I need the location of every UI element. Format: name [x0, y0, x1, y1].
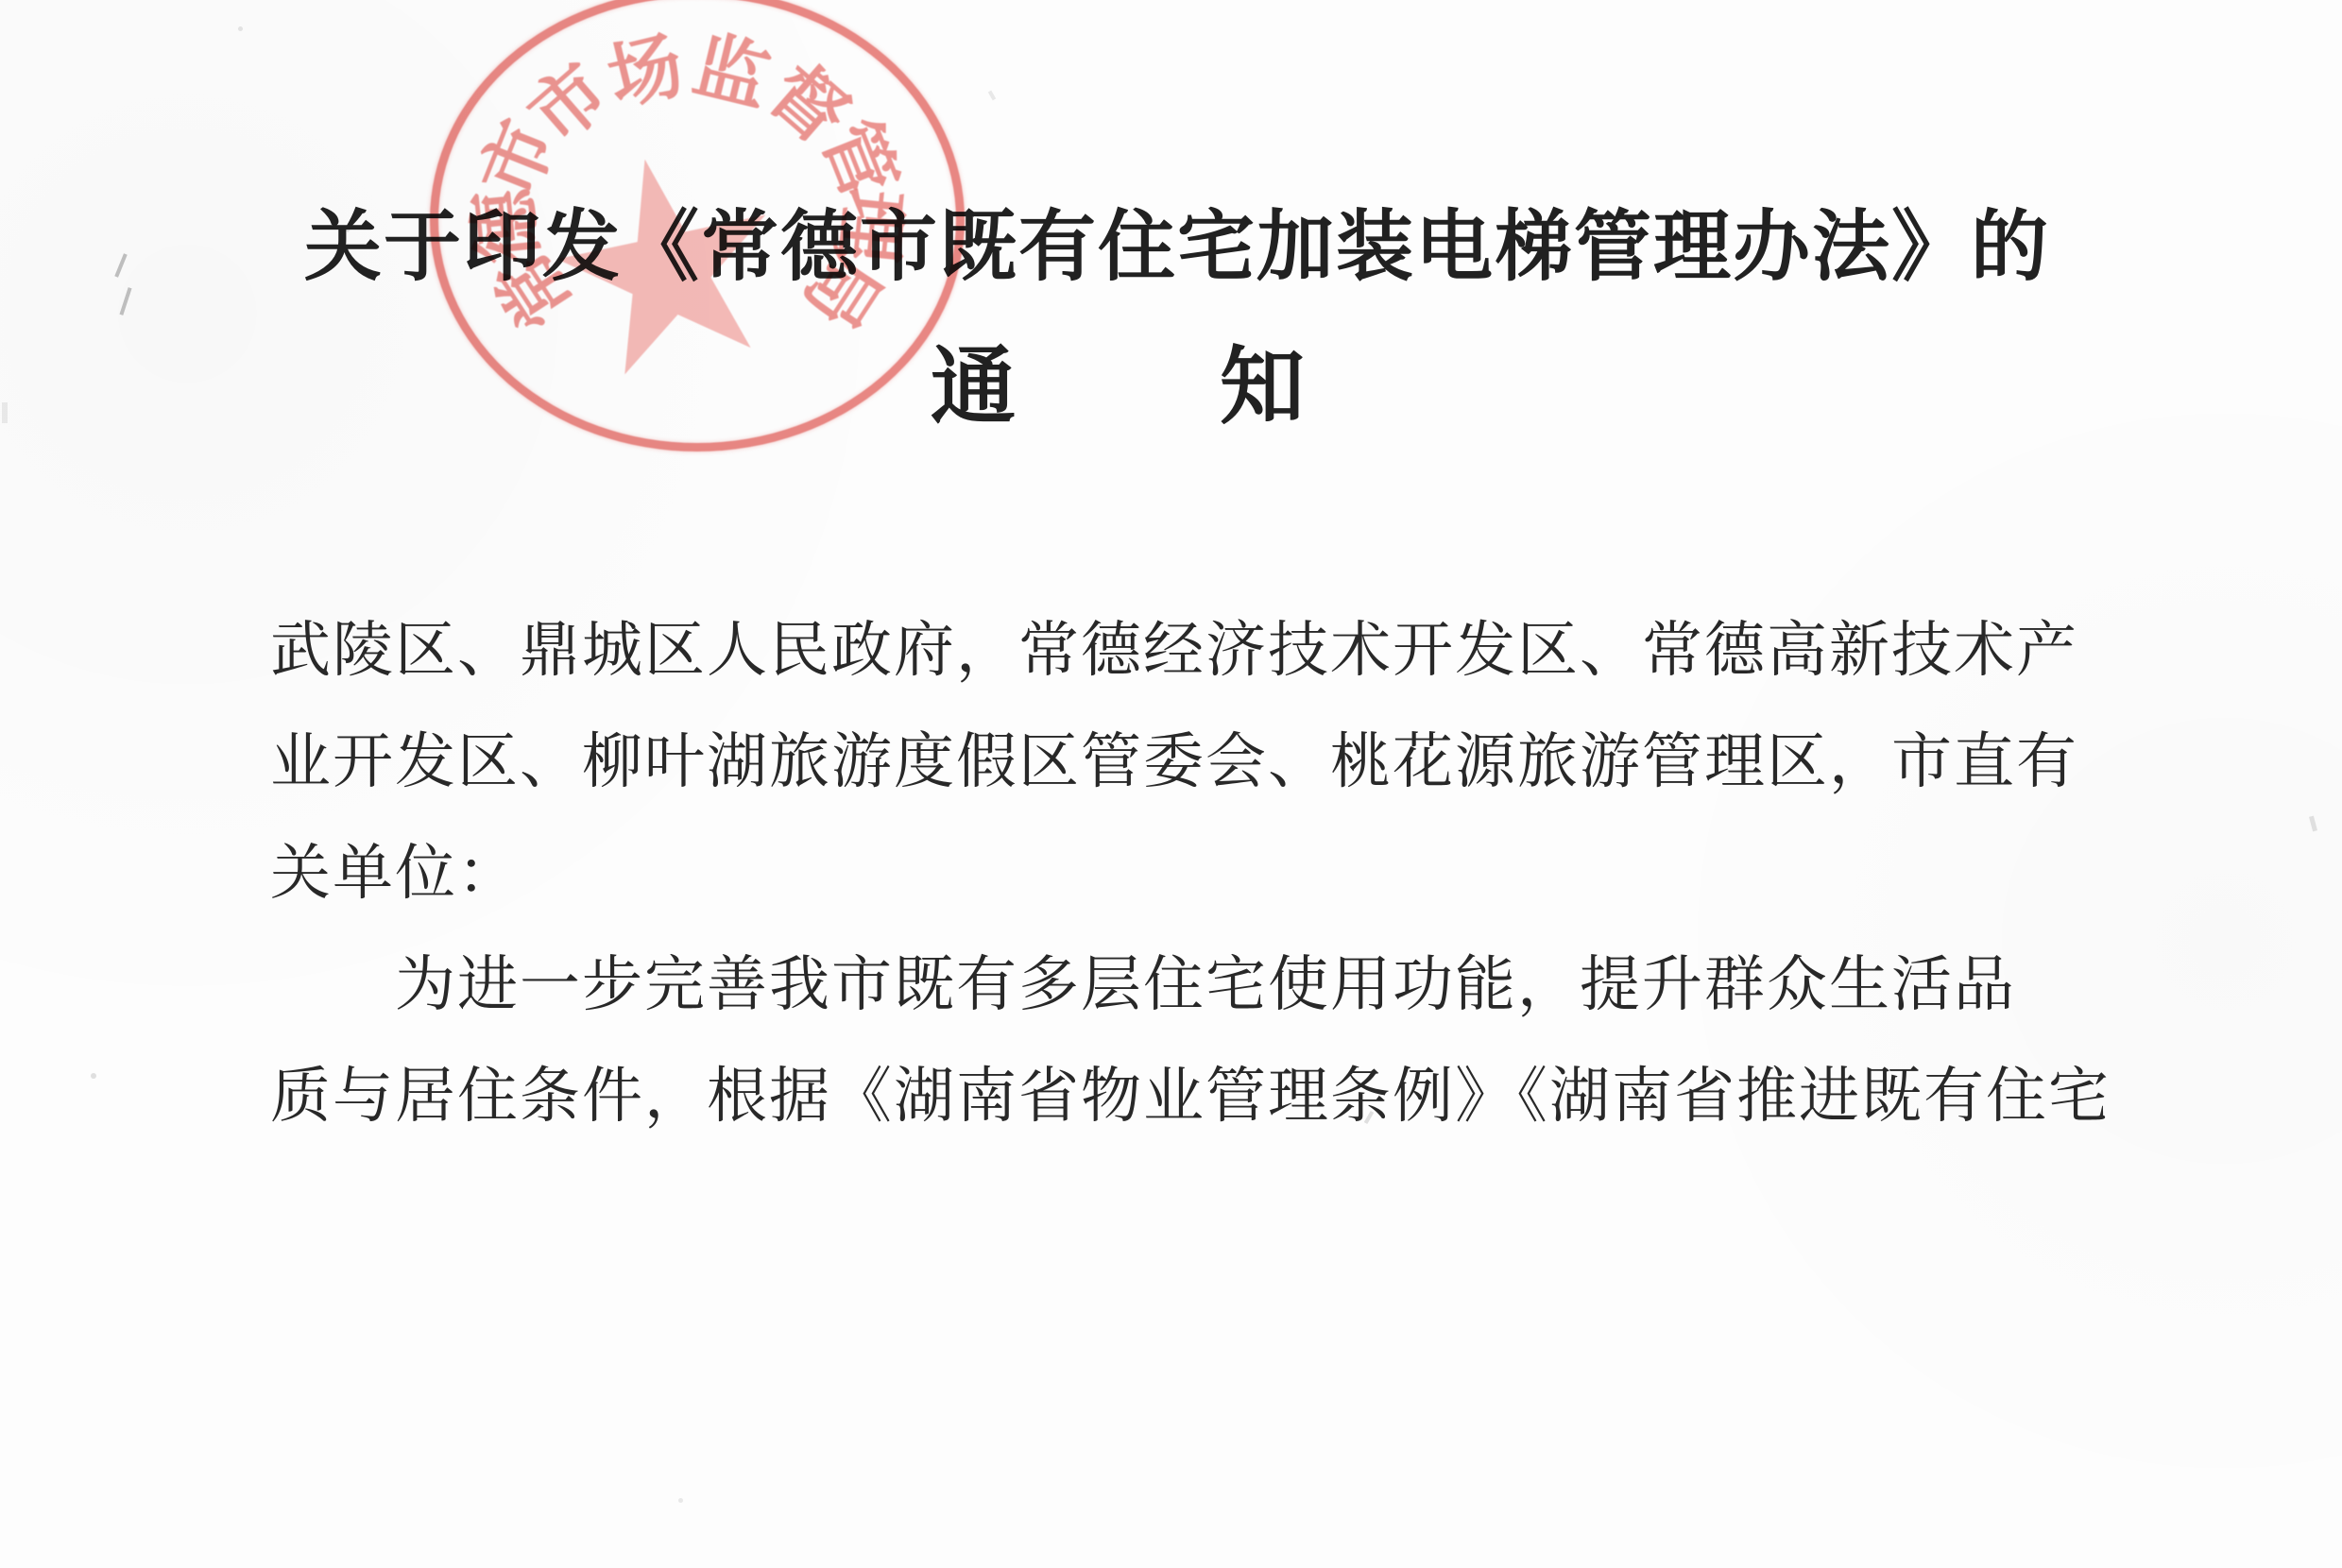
notice-title-char-tong: 通 — [931, 317, 1016, 440]
body-line-3: 关单位： — [270, 818, 2111, 929]
scan-artifact — [119, 287, 131, 315]
scan-artifact — [988, 91, 996, 101]
body-line-1: 武陵区、鼎城区人民政府，常德经济技术开发区、常德高新技术产 — [270, 595, 2111, 707]
seal-ring-char: 监 — [685, 7, 781, 127]
seal-ring-char: 督 — [750, 35, 875, 163]
seal-ring-char: 市 — [503, 35, 627, 163]
notice-title-line2: 通 知 — [931, 317, 1305, 440]
scan-artifact — [238, 26, 243, 31]
scan-artifact — [2309, 816, 2317, 832]
body-line-4: 为进一步完善我市既有多层住宅使用功能，提升群众生活品 — [270, 929, 2111, 1041]
body-line-2: 业开发区、柳叶湖旅游度假区管委会、桃花源旅游管理区，市直有 — [270, 707, 2111, 818]
scan-artifact — [114, 253, 127, 278]
notice-title-line1: 关于印发《常德市既有住宅加装电梯管理办法》的 — [304, 185, 2050, 296]
scan-artifact — [91, 1073, 96, 1079]
scan-artifact — [678, 1498, 683, 1503]
scan-artifact — [2, 402, 8, 423]
scanned-notice-page: 常德市市场监督管理局 关于印发《常德市既有住宅加装电梯管理办法》的 通 知 武陵… — [0, 0, 2342, 1568]
body-line-5: 质与居住条件，根据《湖南省物业管理条例》《湖南省推进既有住宅 — [270, 1041, 2111, 1152]
seal-ring-char: 场 — [596, 7, 692, 127]
notice-body: 武陵区、鼎城区人民政府，常德经济技术开发区、常德高新技术产 业开发区、柳叶湖旅游… — [270, 595, 2111, 1152]
notice-title-char-zhi: 知 — [1220, 317, 1305, 440]
